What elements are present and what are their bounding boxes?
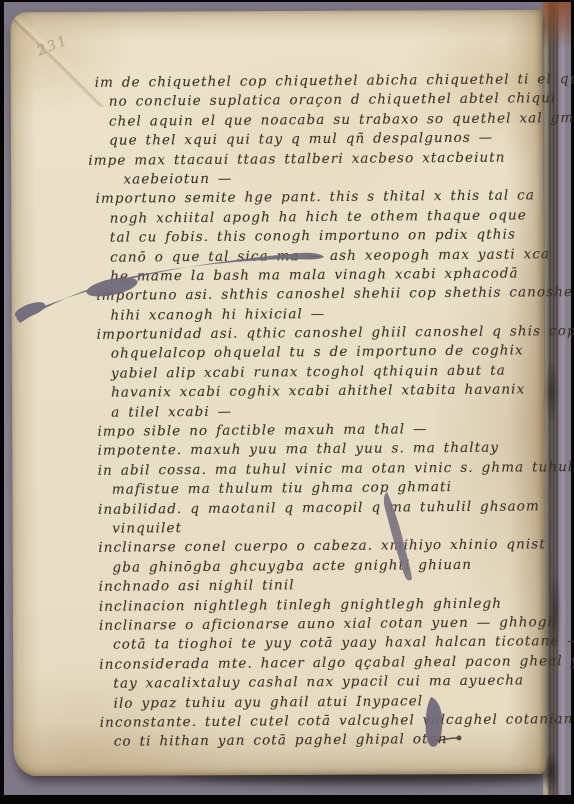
manuscript-line: tay xacalixtaluy cashal nax ypacil cui m… bbox=[113, 671, 555, 694]
manuscript-line: inabilidad. q maotanil q macopil q ma tu… bbox=[98, 497, 554, 520]
manuscript-scan: { "page": { "folio_number": "231", "line… bbox=[0, 0, 574, 804]
manuscript-page: 231 im de chiquethel cop chiquethel abic… bbox=[10, 10, 545, 776]
manuscript-text: im de chiquethel cop chiquethel abicha c… bbox=[95, 70, 556, 752]
manuscript-line: in abil cossa. ma tuhul vinic ma otan vi… bbox=[98, 458, 554, 481]
manuscript-line: inclinarse conel cuerpo o cabeza. xmihiy… bbox=[98, 536, 554, 559]
manuscript-line: inconstante. tutel cutel cotā valcughel … bbox=[100, 710, 556, 733]
manuscript-line: impe max ttacaui ttaas ttalberi xacbeso … bbox=[88, 148, 551, 171]
page-number: 231 bbox=[35, 32, 71, 59]
manuscript-line: importuno asi. shthis canoshel shehii co… bbox=[96, 284, 552, 307]
manuscript-line: havanix xcabi coghix xcabi ahithel xtabi… bbox=[111, 380, 553, 403]
manuscript-line: co ti hithan yan cotā paghel ghipal otan bbox=[114, 729, 556, 752]
